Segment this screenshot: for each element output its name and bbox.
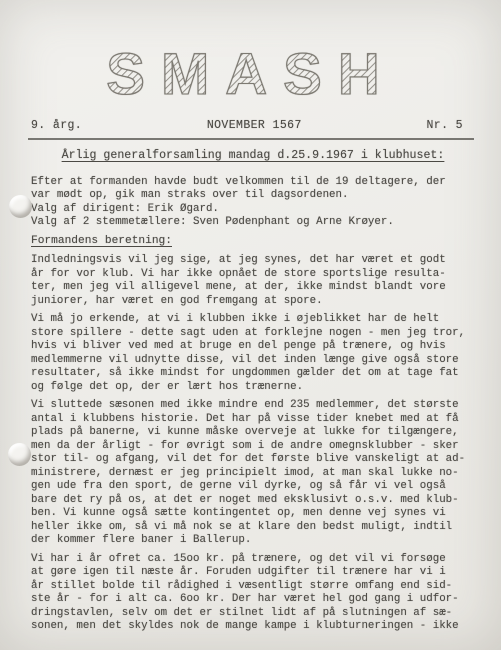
paragraph-3: Vi sluttede sæsonen med ikke mindre end …: [31, 399, 475, 548]
volume-label: 9. årg.: [31, 119, 82, 132]
smash-logo: SMASH: [76, 36, 426, 108]
newsletter-page: SMASH 9. årg. NOVEMBER 1567 Nr. 5 Årlig …: [0, 0, 501, 650]
smash-logo-text: SMASH: [106, 42, 395, 107]
paragraph-2: Vi må jo erkende, at vi i klubben ikke i…: [31, 313, 475, 394]
masthead-divider: [28, 138, 474, 140]
issue-info-row: 9. årg. NOVEMBER 1567 Nr. 5: [31, 119, 463, 132]
issue-date-label: NOVEMBER 1567: [207, 119, 302, 132]
article-headline: Årlig generalforsamling mandag d.25.9.19…: [31, 149, 475, 163]
paragraph-4: Vi har i år ofret ca. 15oo kr. på træner…: [31, 553, 475, 634]
section-heading: Formandens beretning:: [31, 235, 475, 249]
issue-number-label: Nr. 5: [426, 119, 463, 132]
intro-paragraph: Efter at formanden havde budt velkommen …: [31, 176, 475, 230]
paragraph-1: Indledningsvis vil jeg sige, at jeg syne…: [31, 254, 475, 308]
article-body: Årlig generalforsamling mandag d.25.9.19…: [31, 149, 475, 639]
hole-punch-bottom: [8, 443, 31, 466]
hole-punch-top: [9, 195, 32, 218]
